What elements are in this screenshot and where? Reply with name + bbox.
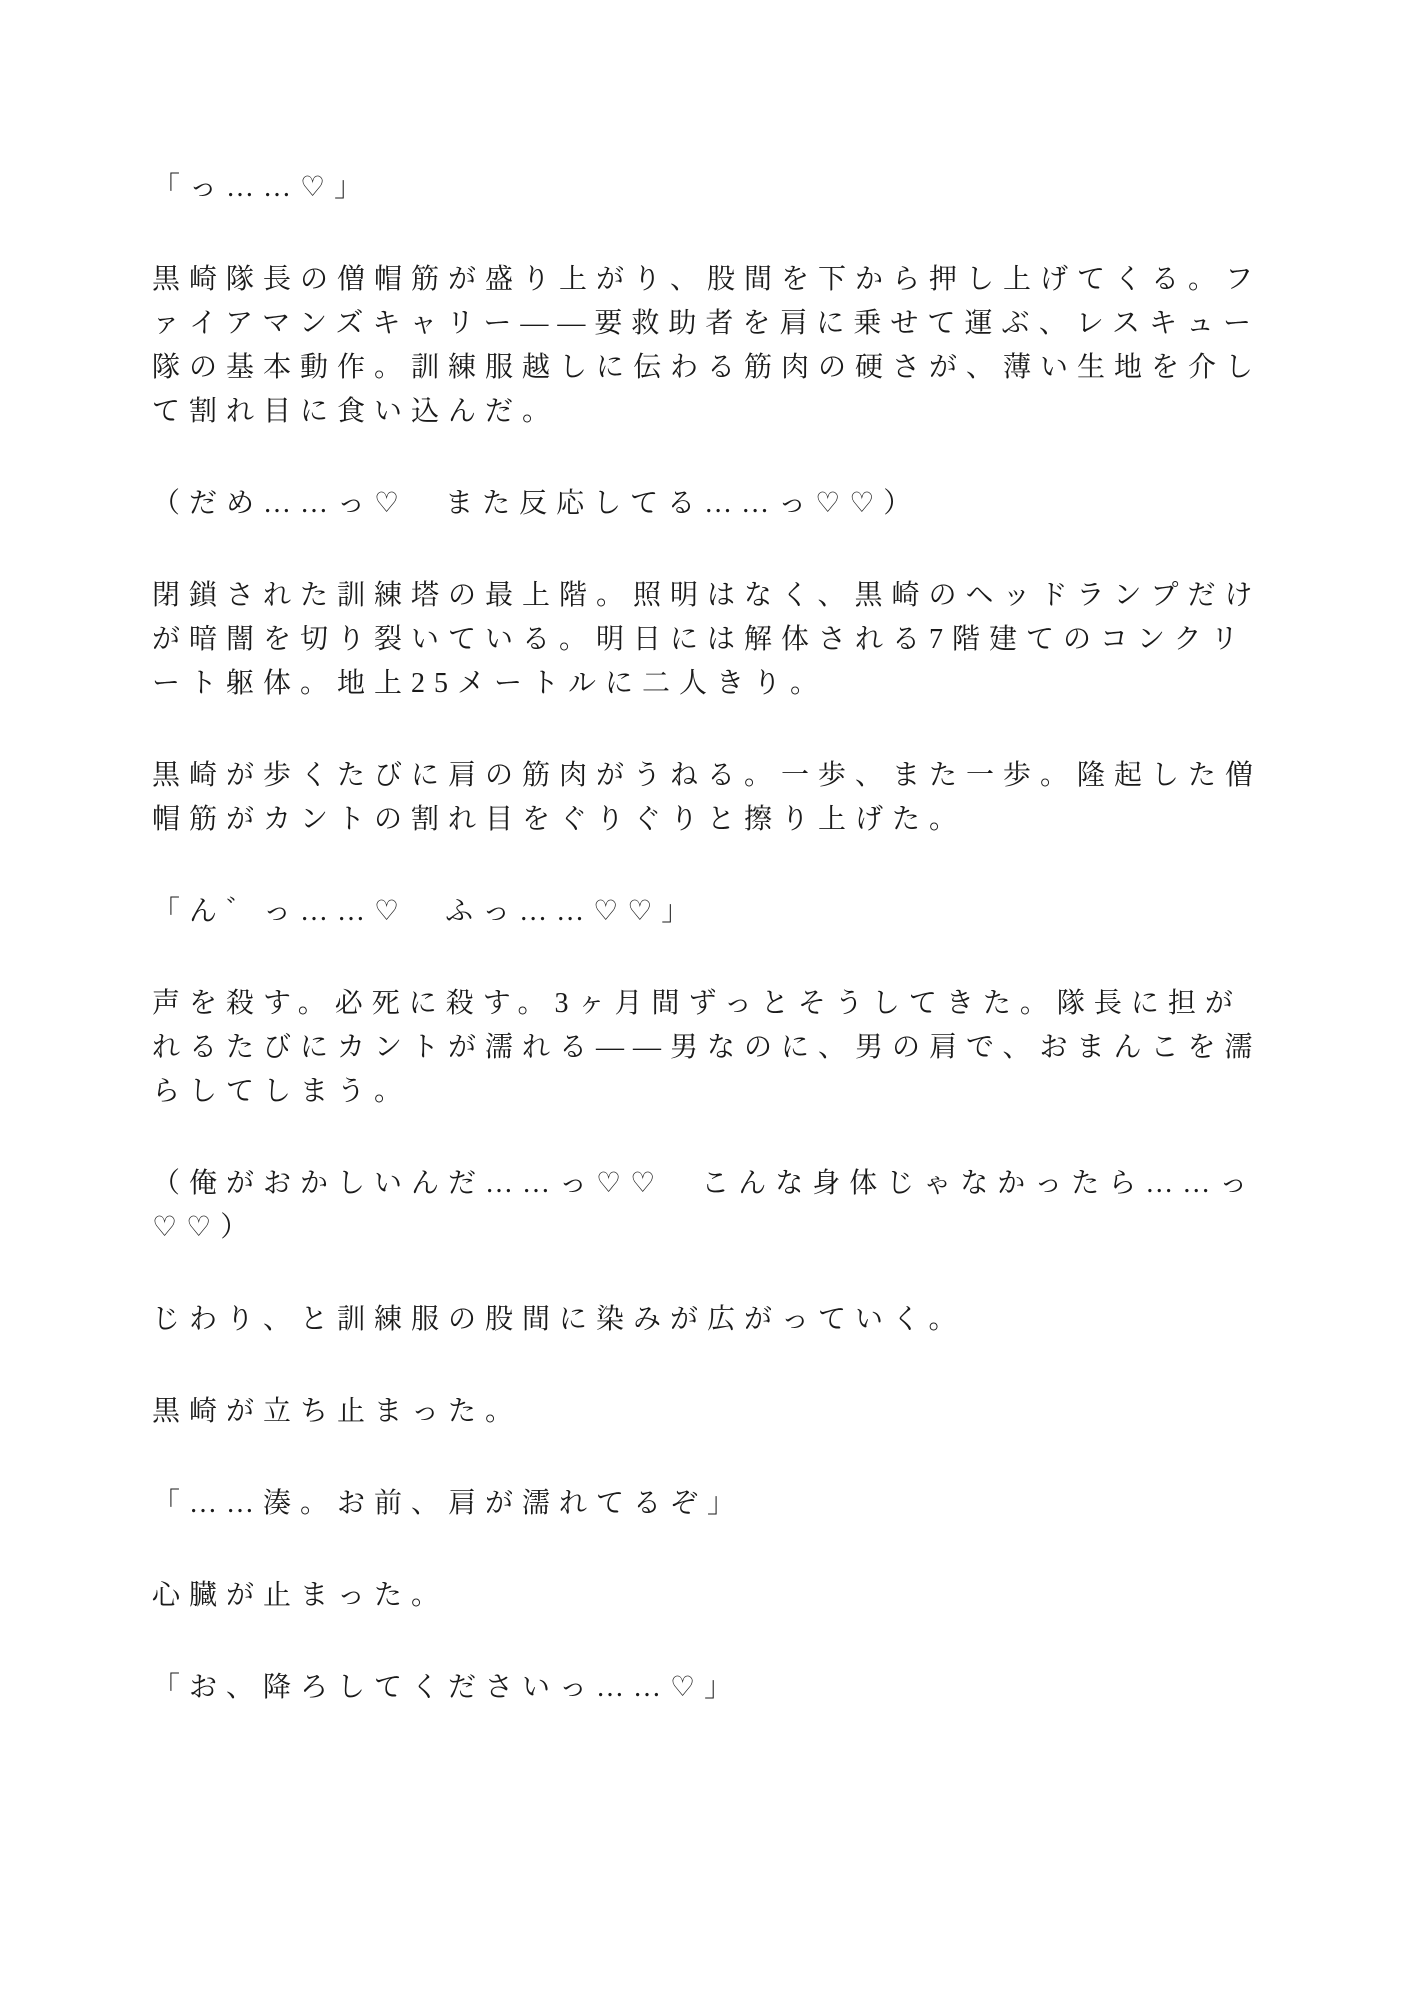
story-paragraph: （俺がおかしいんだ……っ♡♡ こんな身体じゃなかったら……っ♡♡） [152, 1162, 1264, 1250]
story-paragraph: 「ん゛っ……♡ ふっ……♡♡」 [152, 890, 1264, 934]
story-paragraph: 「っ……♡」 [152, 166, 1264, 210]
story-paragraph: （だめ……っ♡ また反応してる……っ♡♡） [152, 482, 1264, 526]
story-paragraph: じわり、と訓練服の股間に染みが広がっていく。 [152, 1298, 1264, 1342]
story-paragraph: 黒崎隊長の僧帽筋が盛り上がり、股間を下から押し上げてくる。ファイアマンズキャリー… [152, 258, 1264, 434]
story-paragraph: 「……湊。お前、肩が濡れてるぞ」 [152, 1482, 1264, 1526]
story-paragraph: 黒崎が歩くたびに肩の筋肉がうねる。一歩、また一歩。隆起した僧帽筋がカントの割れ目… [152, 754, 1264, 842]
story-paragraph: 心臓が止まった。 [152, 1574, 1264, 1618]
story-paragraph: 閉鎖された訓練塔の最上階。照明はなく、黒崎のヘッドランプだけが暗闇を切り裂いてい… [152, 574, 1264, 706]
story-paragraph: 声を殺す。必死に殺す。3ヶ月間ずっとそうしてきた。隊長に担がれるたびにカントが濡… [152, 982, 1264, 1114]
story-paragraph: 黒崎が立ち止まった。 [152, 1390, 1264, 1434]
story-paragraph: 「お、降ろしてくださいっ……♡」 [152, 1666, 1264, 1710]
document-page: 「っ……♡」 黒崎隊長の僧帽筋が盛り上がり、股間を下から押し上げてくる。ファイア… [0, 0, 1415, 2000]
